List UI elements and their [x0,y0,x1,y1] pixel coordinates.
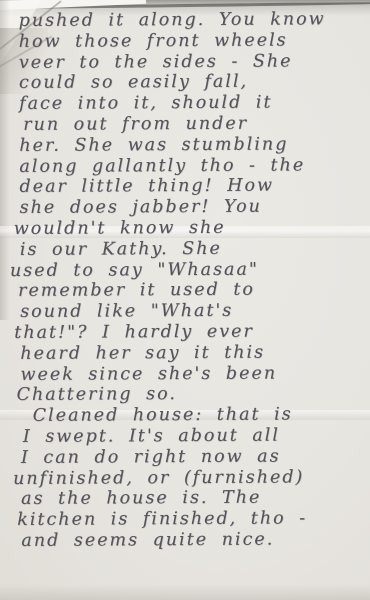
handwriting-line: I swept. It's about all [23,425,367,448]
paper-left-edge-shade [0,0,10,320]
paper-bottom-shade [0,584,370,600]
handwriting-line: along gallantly tho - the [19,155,365,178]
handwriting-line: used to say "Whasaa" [10,259,366,282]
handwriting-line: dear little thing! How [19,175,365,198]
handwriting-line: sound like "What's [20,300,366,323]
handwriting-line: kitchen is finished, tho - [17,508,367,531]
handwriting-line: that!"? I hardly ever [14,321,366,344]
handwriting-line: is our Kathy. She [20,238,366,261]
handwriting-line: she does jabber! You [20,196,366,219]
handwriting-line: her. She was stumbling [19,134,365,157]
handwriting-line: pushed it along. You know [19,9,365,32]
handwriting-line: remember it used to [18,279,366,302]
handwriting-line: and seems quite nice. [21,529,367,552]
handwriting-line: run out from under [23,113,365,136]
handwriting-line: how those front wheels [19,30,365,53]
handwriting-line: Cleaned house: that is [33,404,367,427]
handwriting-line: Chattering so. [17,383,367,406]
handwriting-line: as the house is. The [21,487,367,510]
handwriting-line: unfinished, or (furnished) [13,467,367,490]
handwriting-line: wouldn't know she [14,217,366,240]
handwriting-line: could so easily fall, [19,71,365,94]
handwriting-line: veer to the sides - She [19,51,365,74]
scanned-letter-page: pushed it along. You know how those fron… [0,0,370,600]
handwriting-line: face into it, should it [19,92,365,115]
handwriting-line: heard her say it this [20,342,366,365]
handwriting-line: I can do right now as [21,446,367,469]
handwriting-line: week since she's been [20,363,366,386]
letter-text: pushed it along. You know how those fron… [19,9,368,552]
